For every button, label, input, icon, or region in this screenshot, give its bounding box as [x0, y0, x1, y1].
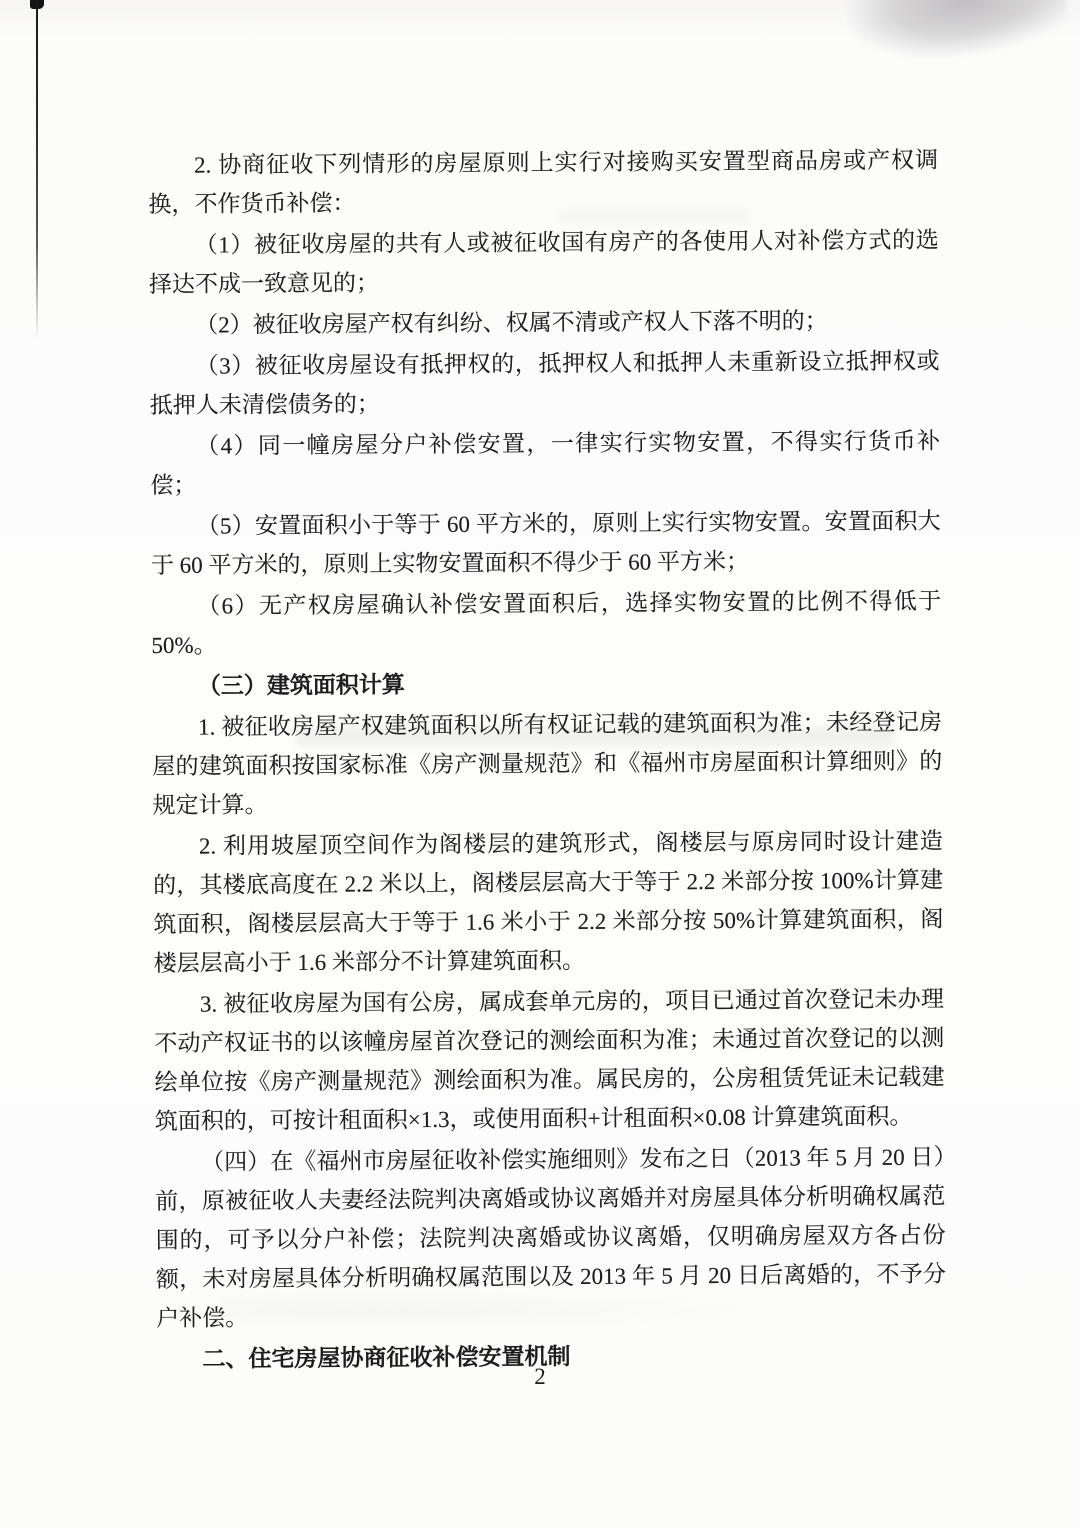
paragraph-subitem-1: （1）被征收房屋的共有人或被征收国有房产的各使用人对补偿方式的选择达不成一致意见… — [149, 220, 940, 304]
scanned-document-page: 2. 协商征收下列情形的房屋原则上实行对接购买安置型商品房或产权调换，不作货币补… — [0, 0, 1080, 1528]
paragraph-subitem-4: （4）同一幢房屋分户补偿安置，一律实行实物安置，不得实行货币补偿； — [150, 421, 941, 505]
paragraph-item-1-calc: 1. 被征收房屋产权建筑面积以所有权证记载的建筑面积为准；未经登记房屋的建筑面积… — [152, 702, 943, 825]
document-body: 2. 协商征收下列情形的房屋原则上实行对接购买安置型商品房或产权调换，不作货币补… — [148, 140, 947, 1380]
paragraph-item-3-public: 3. 被征收房屋为国有公房，属成套单元房的，项目已通过首次登记未办理不动产权证书… — [154, 979, 945, 1141]
paragraph-subitem-5: （5）安置面积小于等于 60 平方米的，原则上实行实物安置。安置面积大于 60 … — [151, 501, 942, 585]
paragraph-subitem-2: （2）被征收房屋产权有纠纷、权属不清或产权人下落不明的； — [149, 300, 939, 345]
scan-artifact-top-right-smudge — [842, 0, 1072, 72]
section-heading-3: （三）建筑面积计算 — [152, 661, 942, 706]
paragraph-item-2-attic: 2. 利用坡屋顶空间作为阁楼层的建筑形式，阁楼层与原房同时设计建造的，其楼底高度… — [153, 821, 944, 983]
paragraph-subitem-3: （3）被征收房屋设有抵押权的，抵押权人和抵押人未重新设立抵押权或抵押人未清偿债务… — [149, 341, 940, 425]
paragraph-item-4-divorce: （四）在《福州市房屋征收补偿实施细则》发布之日（2013 年 5 月 20 日）… — [155, 1137, 946, 1338]
paragraph-subitem-6: （6）无产权房屋确认补偿安置面积后，选择实物安置的比例不得低于 50%。 — [151, 581, 942, 665]
page-number: 2 — [0, 1364, 1080, 1390]
paragraph-item-2: 2. 协商征收下列情形的房屋原则上实行对接购买安置型商品房或产权调换，不作货币补… — [148, 140, 939, 224]
scan-artifact-left-line — [36, 0, 38, 340]
